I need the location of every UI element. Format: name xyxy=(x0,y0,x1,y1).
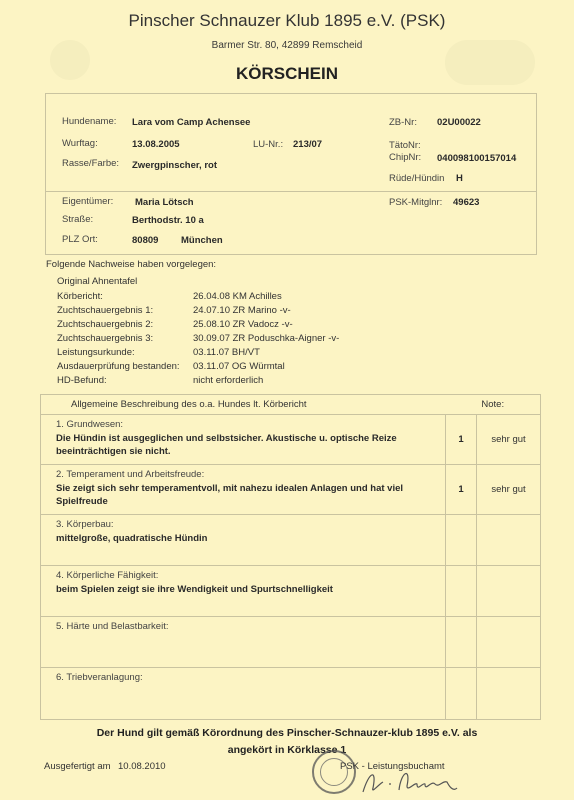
criterion-text: beim Spielen zeigt sie ihre Wendigkeit u… xyxy=(42,584,444,597)
evidence-value: 26.04.08 KM Achilles xyxy=(193,291,282,302)
criterion-cell: 2. Temperament und Arbeitsfreude:Sie zei… xyxy=(41,465,446,515)
issued-date: 10.08.2010 xyxy=(118,761,166,772)
owner-label: Eigentümer: xyxy=(62,196,113,207)
criterion-title: 2. Temperament und Arbeitsfreude: xyxy=(42,466,444,483)
club-name: Pinscher Schnauzer Klub 1895 e.V. (PSK) xyxy=(0,11,574,31)
sex-label: Rüde/Hündin xyxy=(389,173,444,184)
grade-word: sehr gut xyxy=(477,415,541,465)
city-label: PLZ Ort: xyxy=(62,234,98,245)
club-seal-stamp-icon xyxy=(312,750,356,794)
zb-number-label: ZB-Nr: xyxy=(389,117,417,128)
criterion-cell: 5. Härte und Belastbarkeit: xyxy=(41,617,446,668)
criterion-text: Sie zeigt sich sehr temperamentvoll, mit… xyxy=(42,483,444,509)
criterion-cell: 3. Körperbau:mittelgroße, quadratische H… xyxy=(41,515,446,566)
zb-number: 02U00022 xyxy=(437,117,481,128)
assessment-row: 2. Temperament und Arbeitsfreude:Sie zei… xyxy=(41,465,541,515)
criterion-cell: 1. Grundwesen:Die Hündin ist ausgegliche… xyxy=(41,415,446,465)
breed-color-label: Rasse/Farbe: xyxy=(62,158,119,169)
criterion-cell: 4. Körperliche Fähigkeit:beim Spielen ze… xyxy=(41,566,446,617)
statement-line-2: angekört in Körklasse 1 xyxy=(0,744,574,756)
evidence-label: Körbericht: xyxy=(57,291,103,302)
evidence-label: Leistungsurkunde: xyxy=(57,347,135,358)
grade-number xyxy=(446,668,477,720)
grade-word xyxy=(477,668,541,720)
birth-date-label: Wurftag: xyxy=(62,138,98,149)
grade-word: sehr gut xyxy=(477,465,541,515)
breed-color: Zwergpinscher, rot xyxy=(132,160,217,171)
assessment-header-row: Allgemeine Beschreibung des o.a. Hundes … xyxy=(41,395,541,415)
criterion-text: mittelgroße, quadratische Hündin xyxy=(42,533,444,546)
divider xyxy=(46,191,536,192)
assessment-row: 6. Triebveranlagung: xyxy=(41,668,541,720)
evidence-value: 03.11.07 BH/VT xyxy=(193,347,260,358)
grade-word xyxy=(477,617,541,668)
street-label: Straße: xyxy=(62,214,93,225)
grade-number xyxy=(446,617,477,668)
assessment-row: 5. Härte und Belastbarkeit: xyxy=(41,617,541,668)
criterion-title: 4. Körperliche Fähigkeit: xyxy=(42,567,444,584)
lu-number-label: LU-Nr.: xyxy=(253,139,283,150)
evidence-value: 24.07.10 ZR Marino -v- xyxy=(193,305,291,316)
evidence-label: Zuchtschauergebnis 1: xyxy=(57,305,153,316)
evidence-label: Ausdauerprüfung bestanden: xyxy=(57,361,180,372)
criterion-cell: 6. Triebveranlagung: xyxy=(41,668,446,720)
chip-number: 040098100157014 xyxy=(437,153,516,164)
criterion-title: 3. Körperbau: xyxy=(42,516,444,533)
sex: H xyxy=(456,173,463,184)
dog-name-label: Hundename: xyxy=(62,116,116,127)
grade-word xyxy=(477,515,541,566)
grade-number xyxy=(446,515,477,566)
dog-name: Lara vom Camp Achensee xyxy=(132,117,250,128)
evidence-value: 03.11.07 OG Würmtal xyxy=(193,361,285,372)
assessment-table: Allgemeine Beschreibung des o.a. Hundes … xyxy=(40,394,541,720)
lu-number: 213/07 xyxy=(293,139,322,150)
grade-number xyxy=(446,566,477,617)
assessment-row: 3. Körperbau:mittelgroße, quadratische H… xyxy=(41,515,541,566)
document-title: KÖRSCHEIN xyxy=(0,64,574,84)
evidence-value: 30.09.07 ZR Poduschka-Aigner -v- xyxy=(193,333,339,344)
evidence-label: Zuchtschauergebnis 2: xyxy=(57,319,153,330)
issued-label: Ausgefertigt am xyxy=(44,761,111,772)
note-header: Note: xyxy=(446,395,541,415)
evidence-value: nicht erforderlich xyxy=(193,375,263,386)
criterion-text: Die Hündin ist ausgeglichen und selbstsi… xyxy=(42,433,444,459)
evidence-intro: Folgende Nachweise haben vorgelegen: xyxy=(46,259,216,270)
criterion-title: 1. Grundwesen: xyxy=(42,416,444,433)
signature-icon xyxy=(355,762,465,798)
evidence-label: HD-Befund: xyxy=(57,375,107,386)
owner-name: Maria Lötsch xyxy=(135,197,194,208)
assessment-row: 1. Grundwesen:Die Hündin ist ausgegliche… xyxy=(41,415,541,465)
chip-number-label: ChipNr: xyxy=(389,152,421,163)
evidence-label: Original Ahnentafel xyxy=(57,276,137,287)
city: München xyxy=(181,235,223,246)
birth-date: 13.08.2005 xyxy=(132,139,180,150)
evidence-value: 25.08.10 ZR Vadocz -v- xyxy=(193,319,293,330)
club-address: Barmer Str. 80, 42899 Remscheid xyxy=(0,40,574,51)
tattoo-number-label: TätoNr: xyxy=(389,140,421,151)
member-number: 49623 xyxy=(453,197,479,208)
grade-word xyxy=(477,566,541,617)
statement-line-1: Der Hund gilt gemäß Körordnung des Pinsc… xyxy=(0,727,574,739)
street: Berthodstr. 10 a xyxy=(132,215,204,226)
criterion-title: 5. Härte und Belastbarkeit: xyxy=(42,618,444,635)
assessment-header: Allgemeine Beschreibung des o.a. Hundes … xyxy=(41,395,446,415)
criterion-title: 6. Triebveranlagung: xyxy=(42,669,444,686)
evidence-label: Zuchtschauergebnis 3: xyxy=(57,333,153,344)
member-number-label: PSK-Mitglnr: xyxy=(389,197,442,208)
grade-number: 1 xyxy=(446,415,477,465)
grade-number: 1 xyxy=(446,465,477,515)
zip: 80809 xyxy=(132,235,158,246)
assessment-row: 4. Körperliche Fähigkeit:beim Spielen ze… xyxy=(41,566,541,617)
